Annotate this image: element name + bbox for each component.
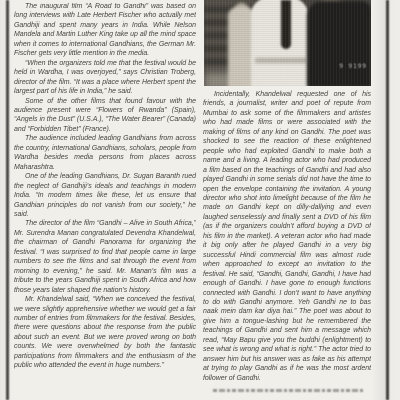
scan-border-left bbox=[6, 0, 9, 400]
article-paragraph: The inaugural film “A Road to Gandhi” wa… bbox=[14, 2, 196, 59]
article-paragraph: Some of the other films that found favou… bbox=[14, 97, 196, 135]
article-column-right: 9 9199 Incidentally, Khandelwal requeste… bbox=[203, 0, 371, 400]
article-paragraph: Mr. Khandelwal said, “When we conceived … bbox=[14, 295, 196, 371]
photo-grain-overlay bbox=[204, 0, 371, 86]
scanned-article-page: The inaugural film “A Road to Gandhi” wa… bbox=[0, 0, 400, 400]
article-paragraph: The audience included leading Gandhians … bbox=[14, 134, 196, 172]
news-photo: 9 9199 bbox=[204, 0, 371, 86]
clipped-next-line bbox=[213, 389, 363, 392]
article-paragraph: Incidentally, Khandelwal requested one o… bbox=[203, 90, 371, 383]
article-paragraph: The director of the film “Gandhi – Alive… bbox=[14, 219, 196, 295]
article-paragraph: “When the organizers told me that the fe… bbox=[14, 59, 196, 97]
article-column-left: The inaugural film “A Road to Gandhi” wa… bbox=[14, 2, 196, 399]
article-paragraph: One of the leading Gandhians, Dr. Sugan … bbox=[14, 172, 196, 219]
scan-border-right bbox=[386, 0, 389, 400]
